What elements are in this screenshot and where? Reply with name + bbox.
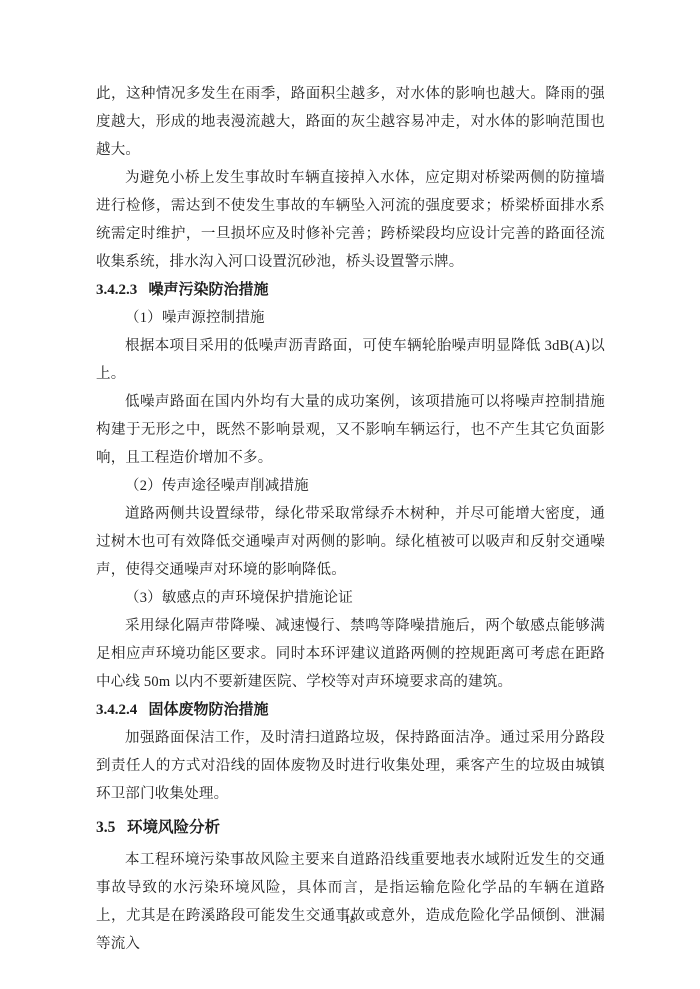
- list-item-sensitive-point-protection: （3）敏感点的声环境保护措施论证: [96, 584, 605, 612]
- heading-number: 3.5: [96, 819, 115, 836]
- section-heading-3-5: 3.5环境风险分析: [96, 814, 605, 842]
- document-page: 此，这种情况多发生在雨季，路面积尘越多，对水体的影响也越大。降雨的强度越大，形成…: [0, 0, 700, 989]
- paragraph-bridge-accident-prevention: 为避免小桥上发生事故时车辆直接掉入水体，应定期对桥梁两侧的防撞墙进行检修，需达到…: [96, 164, 605, 276]
- heading-title: 固体废物防治措施: [149, 701, 269, 718]
- page-number: 18: [0, 914, 700, 928]
- paragraph-low-noise-pavement: 根据本项目采用的低噪声沥青路面，可使车辆轮胎噪声明显降低 3dB(A)以上。: [96, 332, 605, 388]
- paragraph-noise-reduction-results: 采用绿化隔声带降噪、减速慢行、禁鸣等降噪措施后，两个敏感点能够满足相应声环境功能…: [96, 612, 605, 696]
- paragraph-greenbelt-measures: 道路两侧共设置绿带，绿化带采取常绿乔木树种，并尽可能增大密度，通过树木也可有效降…: [96, 500, 605, 584]
- heading-title: 环境风险分析: [127, 819, 220, 836]
- paragraph-environmental-risk-intro: 本工程环境污染事故风险主要来自道路沿线重要地表水域附近发生的交通事故导致的水污染…: [96, 846, 605, 958]
- paragraph-low-noise-cases: 低噪声路面在国内外均有大量的成功案例，该项措施可以将噪声控制措施构建于无形之中，…: [96, 388, 605, 472]
- heading-title: 噪声污染防治措施: [149, 281, 269, 298]
- section-heading-3-4-2-4: 3.4.2.4固体废物防治措施: [96, 696, 605, 724]
- heading-number: 3.4.2.4: [96, 702, 137, 718]
- list-item-noise-source-control: （1）噪声源控制措施: [96, 304, 605, 332]
- paragraph-solid-waste-measures: 加强路面保洁工作，及时清扫道路垃圾，保持路面洁净。通过采用分路段到责任人的方式对…: [96, 724, 605, 808]
- page-content: 此，这种情况多发生在雨季，路面积尘越多，对水体的影响也越大。降雨的强度越大，形成…: [96, 80, 605, 958]
- paragraph-water-impact-continued: 此，这种情况多发生在雨季，路面积尘越多，对水体的影响也越大。降雨的强度越大，形成…: [96, 80, 605, 164]
- section-heading-3-4-2-3: 3.4.2.3噪声污染防治措施: [96, 276, 605, 304]
- heading-number: 3.4.2.3: [96, 282, 137, 298]
- list-item-noise-path-reduction: （2）传声途径噪声削减措施: [96, 472, 605, 500]
